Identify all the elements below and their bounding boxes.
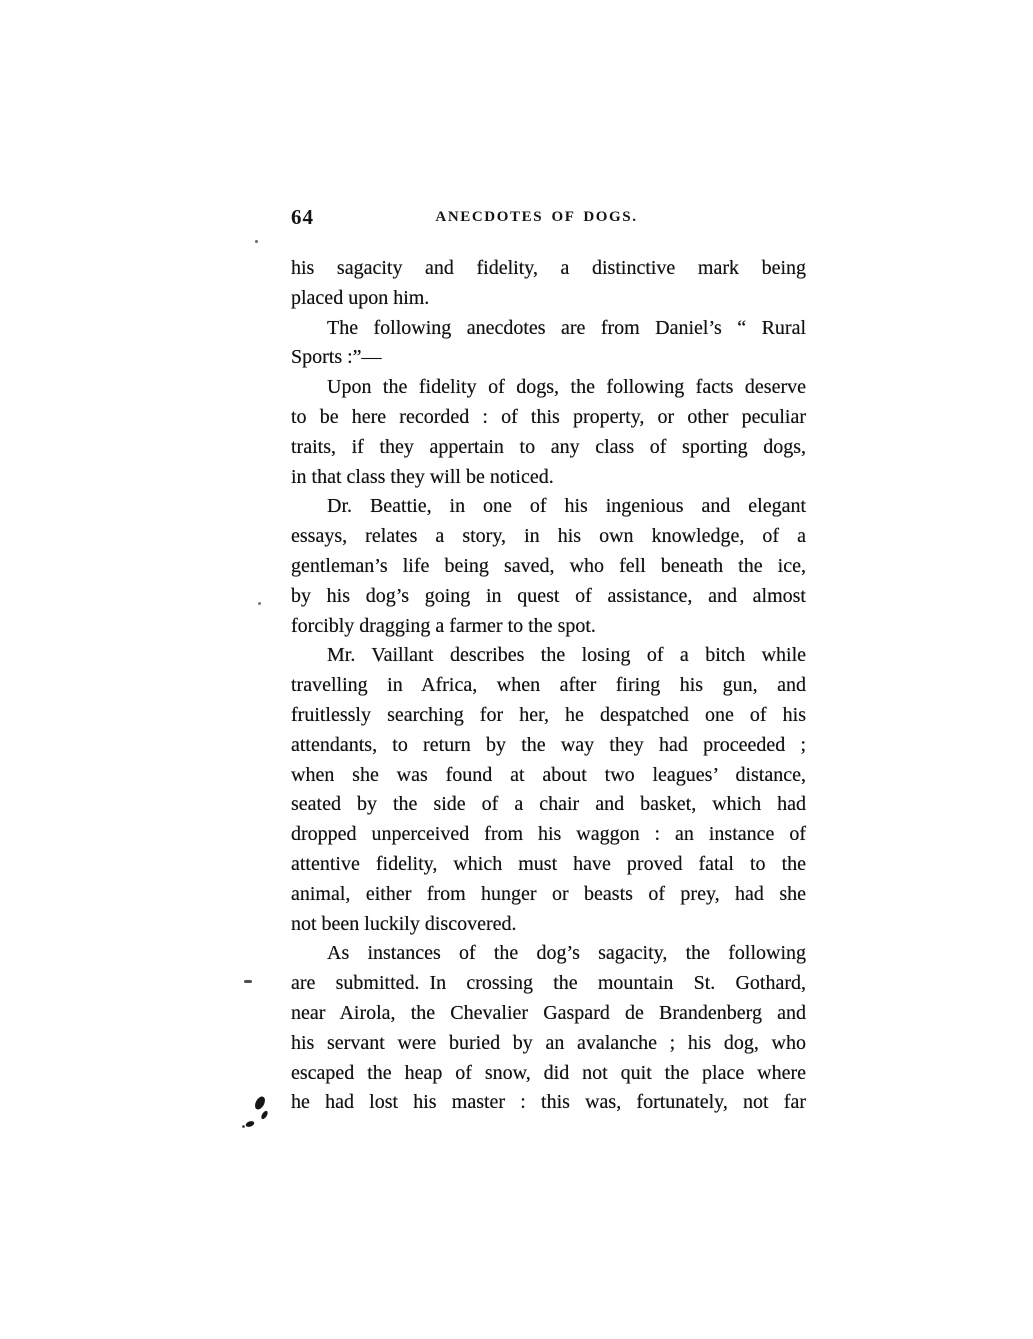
text-line: seated by the side of a chair and basket… — [291, 790, 806, 820]
text-line: attentive fidelity, which must have prov… — [291, 850, 806, 880]
text-line: essays, relates a story, in his own know… — [291, 522, 806, 552]
text-line: fruitlessly searching for her, he despat… — [291, 701, 806, 731]
ink-speck — [255, 240, 258, 243]
text-line: he had lost his master : this was, fortu… — [291, 1088, 806, 1118]
paragraph: As instances of the dog’s sagacity, the … — [291, 939, 806, 1118]
running-header: ANECDOTES OF DOGS. — [291, 209, 806, 226]
ink-speck — [258, 602, 261, 605]
text-line: his sagacity and fidelity, a distinctive… — [291, 254, 806, 284]
text-line: Sports :”— — [291, 343, 806, 373]
text-line: are submitted. In crossing the mountain … — [291, 969, 806, 999]
paragraph: his sagacity and fidelity, a distinctive… — [291, 254, 806, 314]
text-line: dropped unperceived from his waggon : an… — [291, 820, 806, 850]
text-line: when she was found at about two leagues’… — [291, 761, 806, 791]
text-line: As instances of the dog’s sagacity, the … — [291, 939, 806, 969]
ink-blot-mark — [238, 1090, 278, 1138]
text-line: not been luckily discovered. — [291, 910, 806, 940]
text-line: gentleman’s life being saved, who fell b… — [291, 552, 806, 582]
text-line: Dr. Beattie, in one of his ingenious and… — [291, 492, 806, 522]
text-line: to be here recorded : of this property, … — [291, 403, 806, 433]
paragraph: Dr. Beattie, in one of his ingenious and… — [291, 492, 806, 641]
ink-speck — [244, 980, 252, 983]
text-line: his servant were buried by an avalanche … — [291, 1029, 806, 1059]
page-body: his sagacity and fidelity, a distinctive… — [291, 254, 806, 1118]
paragraph: The following anecdotes are from Daniel’… — [291, 314, 806, 374]
text-line: attendants, to return by the way they ha… — [291, 731, 806, 761]
text-line: escaped the heap of snow, did not quit t… — [291, 1059, 806, 1089]
paragraph: Mr. Vaillant describes the losing of a b… — [291, 641, 806, 939]
text-line: placed upon him. — [291, 284, 806, 314]
text-line: The following anecdotes are from Daniel’… — [291, 314, 806, 344]
paragraph: Upon the fidelity of dogs, the following… — [291, 373, 806, 492]
text-line: traits, if they appertain to any class o… — [291, 433, 806, 463]
text-line: forcibly dragging a farmer to the spot. — [291, 612, 806, 642]
page-header: 64 ANECDOTES OF DOGS. — [291, 205, 806, 231]
text-line: in that class they will be noticed. — [291, 463, 806, 493]
text-line: Mr. Vaillant describes the losing of a b… — [291, 641, 806, 671]
text-line: animal, either from hunger or beasts of … — [291, 880, 806, 910]
text-line: travelling in Africa, when after firing … — [291, 671, 806, 701]
text-line: near Airola, the Chevalier Gaspard de Br… — [291, 999, 806, 1029]
text-line: Upon the fidelity of dogs, the following… — [291, 373, 806, 403]
book-page-scan: 64 ANECDOTES OF DOGS. his sagacity and f… — [0, 0, 1033, 1339]
text-line: by his dog’s going in quest of assistanc… — [291, 582, 806, 612]
